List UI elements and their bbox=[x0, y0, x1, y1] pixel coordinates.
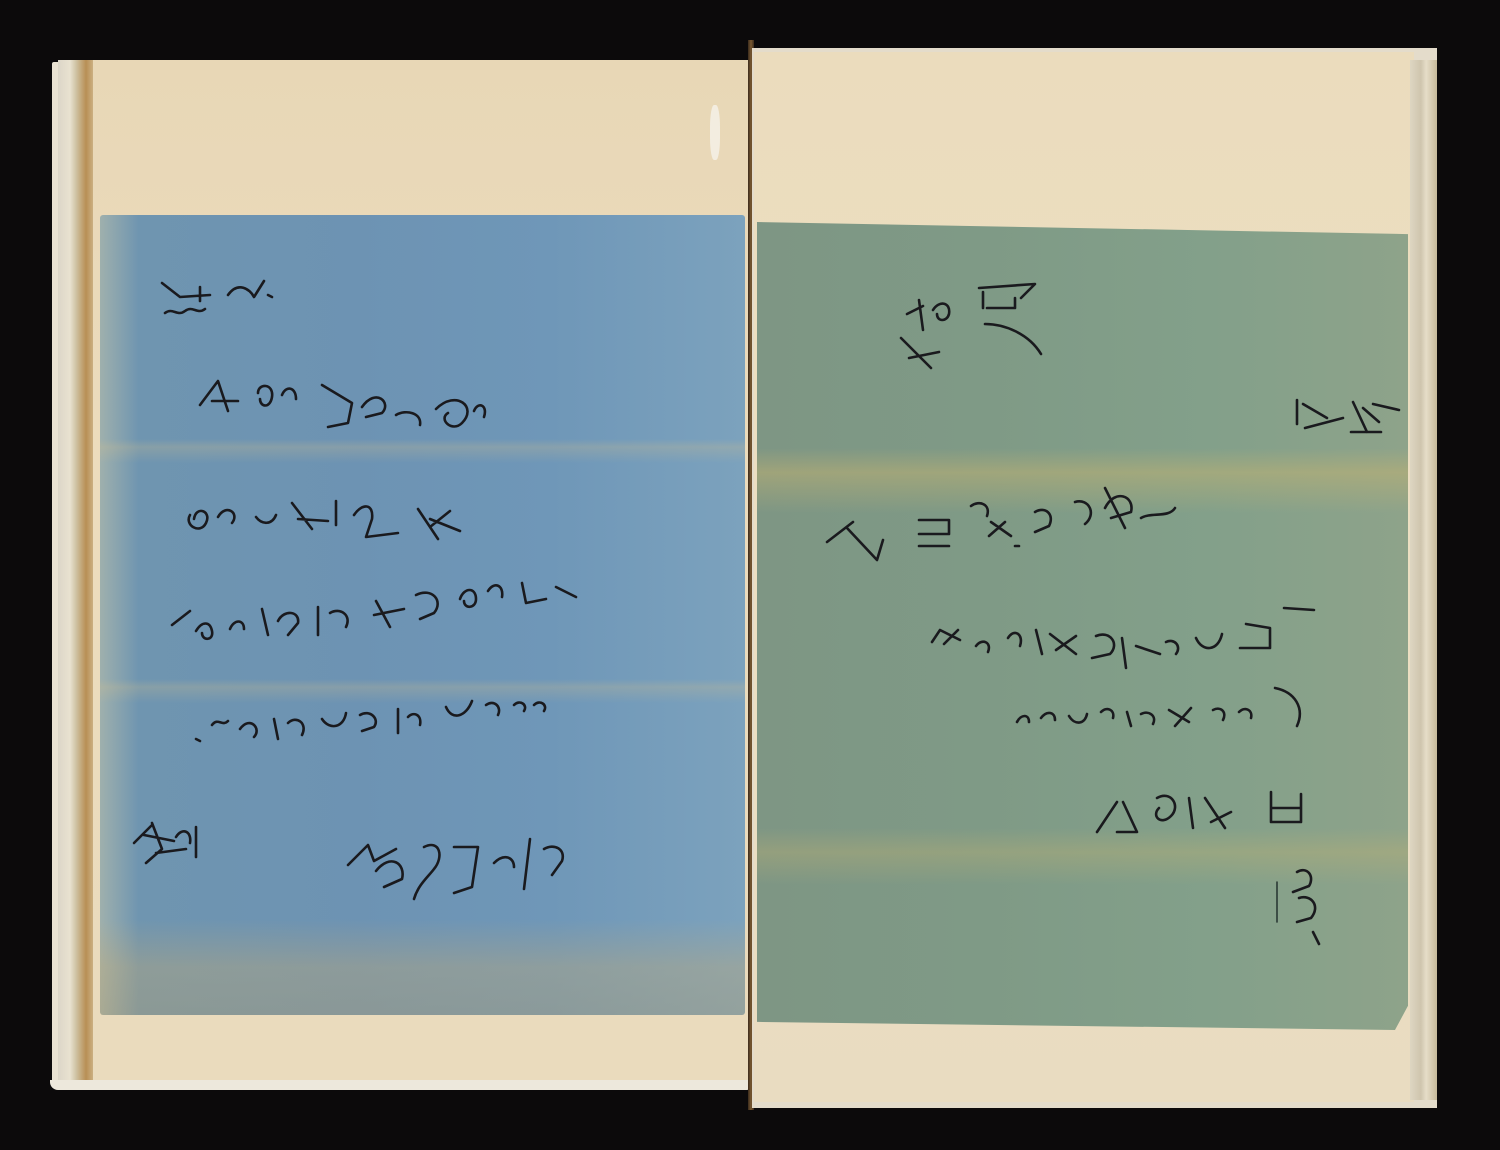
left-page-bottom-edge bbox=[50, 1080, 750, 1090]
left-calligraphy-strokes bbox=[100, 215, 745, 1015]
paper-tear-mark bbox=[710, 105, 720, 160]
left-page-edges bbox=[58, 60, 98, 1085]
right-page-edges bbox=[1410, 60, 1437, 1100]
green-calligraphy-sheet: Handwritten cursive Japanese calligraphy… bbox=[757, 222, 1408, 1030]
blue-calligraphy-sheet: Handwritten cursive Japanese calligraphy… bbox=[100, 215, 745, 1015]
right-calligraphy-strokes bbox=[757, 222, 1408, 1030]
